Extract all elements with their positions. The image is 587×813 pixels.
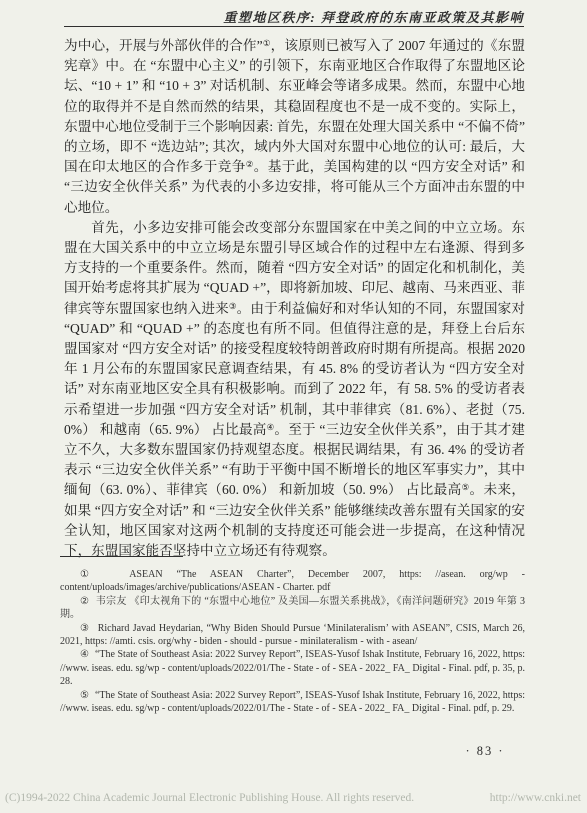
- footnote-marker: ②: [80, 596, 90, 607]
- running-head: 重塑地区秩序: 拜登政府的东南亚政策及其影响: [64, 7, 524, 26]
- page: 重塑地区秩序: 拜登政府的东南亚政策及其影响 为中心，开展与外部伙伴的合作”①，…: [0, 0, 587, 813]
- article-body: 为中心，开展与外部伙伴的合作”①，该原则已被写入了 2007 年通过的《东盟宪章…: [64, 36, 525, 561]
- footnote-marker: ⑤: [80, 690, 90, 701]
- copyright-footer: (C)1994-2022 China Academic Journal Elec…: [5, 792, 581, 804]
- body-paragraph: 首先，小多边安排可能会改变部分东盟国家在中美之间的中立立场。东盟在大国关系中的中…: [64, 218, 525, 561]
- footnotes: ① ASEAN “The ASEAN Charter”, December 20…: [60, 568, 525, 715]
- footnote-item: ④ “The State of Southeast Asia: 2022 Sur…: [60, 648, 525, 688]
- footnote-ref: ①: [263, 38, 271, 48]
- footnote-separator: [60, 556, 183, 557]
- header-rule: [64, 26, 524, 27]
- footnote-ref: ⑤: [462, 482, 470, 492]
- cnki-url: http://www.cnki.net: [490, 792, 581, 804]
- page-number: · 83 ·: [440, 744, 530, 759]
- footnote-item: ② 韦宗友 《印太视角下的 “东盟中心地位” 及美国—东盟关系挑战》，《南洋问题…: [60, 595, 525, 622]
- copyright-text: (C)1994-2022 China Academic Journal Elec…: [5, 792, 414, 804]
- footnote-marker: ①: [80, 569, 101, 580]
- footnote-marker: ④: [80, 649, 90, 660]
- footnote-marker: ③: [80, 623, 91, 634]
- footnote-item: ① ASEAN “The ASEAN Charter”, December 20…: [60, 568, 525, 595]
- footnote-item: ③ Richard Javad Heydarian, “Why Biden Sh…: [60, 622, 525, 649]
- footnote-ref: ②: [246, 159, 254, 169]
- footnote-ref: ③: [229, 301, 237, 311]
- footnote-item: ⑤ “The State of Southeast Asia: 2022 Sur…: [60, 689, 525, 716]
- footnote-ref: ④: [267, 422, 275, 432]
- body-paragraph: 为中心，开展与外部伙伴的合作”①，该原则已被写入了 2007 年通过的《东盟宪章…: [64, 36, 525, 218]
